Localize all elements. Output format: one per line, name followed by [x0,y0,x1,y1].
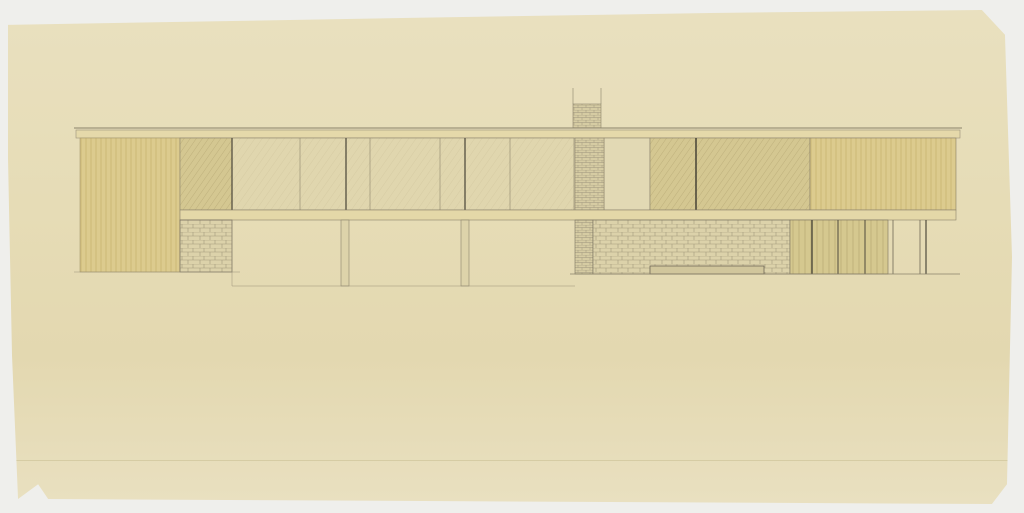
floor-slab [180,210,956,220]
vertical-siding-left [80,138,180,272]
sliding-doors [790,220,926,274]
vertical-siding-right [650,138,956,210]
elevation-drawing [0,0,1024,513]
stone-wall [575,220,790,274]
stone-wall-left [180,220,232,272]
chimney [573,88,604,210]
pilotis-columns [341,220,469,286]
roof-fascia [74,128,962,138]
